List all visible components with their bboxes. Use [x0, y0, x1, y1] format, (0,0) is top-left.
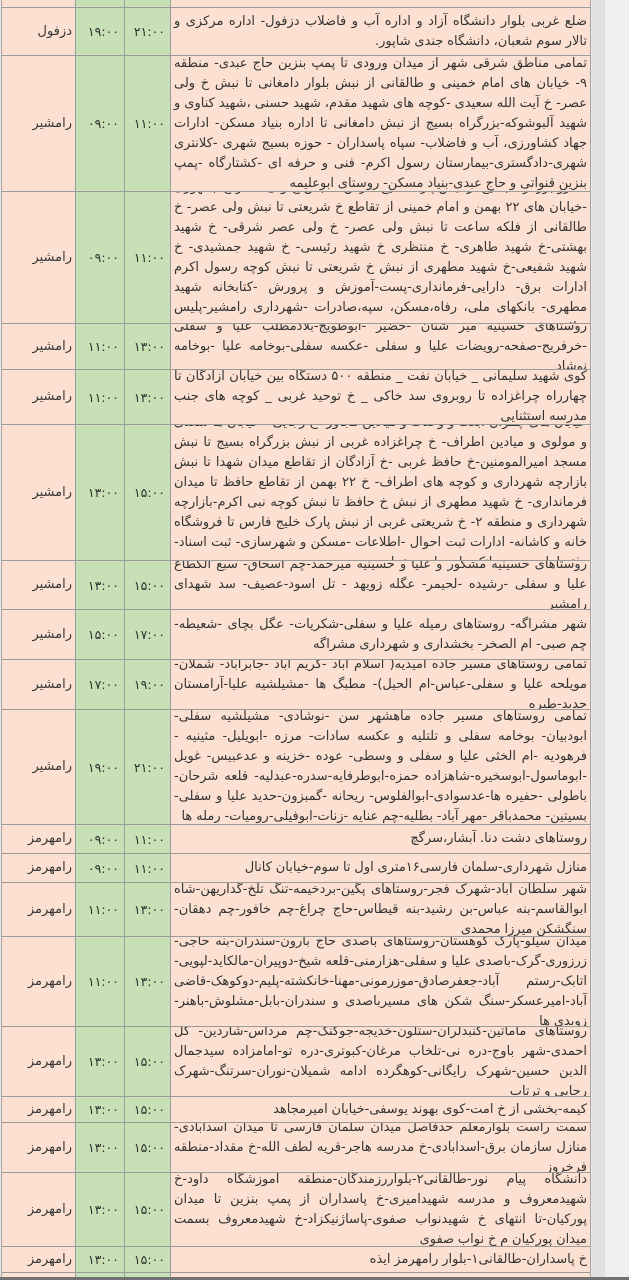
end-time-cell-text: ۱۵:۰۰: [125, 485, 170, 500]
city-cell[interactable]: رامشیر: [2, 56, 75, 191]
table-row: دزفول۱۹:۰۰۲۱:۰۰ضلع غربی بلوار دانشگاه آز…: [2, 8, 590, 56]
city-cell-text: رامشیر: [2, 577, 75, 593]
end-time-cell[interactable]: ۱۱:۰۰: [124, 854, 170, 882]
start-time-cell-text: ۱۳:۰۰: [76, 1252, 124, 1267]
areas-cell-text: سمت راست بلوارمعلم حدفاصل میدان سلمان فا…: [171, 1123, 590, 1172]
start-time-cell-text: ۱۱:۰۰: [76, 974, 124, 989]
table-row: رامهرمز۱۱:۰۰۱۳:۰۰شهر سلطان آباد-شهرک فجر…: [2, 883, 590, 937]
areas-cell[interactable]: تمامی روستاهای مسیر جاده ماهشهر سن -نوشا…: [170, 710, 590, 824]
city-cell-text: رامشیر: [2, 485, 75, 501]
end-time-cell-text: ۱۹:۰۰: [125, 677, 170, 692]
city-cell-text: رامشیر: [2, 627, 75, 643]
areas-cell-text: روستاهای ماماتین-گنبدلران-ستلون-خدیجه-جو…: [171, 1027, 590, 1096]
city-cell[interactable]: رامهرمز: [2, 1097, 75, 1122]
start-time-cell-text: ۰۹:۰۰: [76, 116, 124, 131]
end-time-cell[interactable]: ۲۱:۰۰: [124, 710, 170, 824]
end-time-cell-text: ۱۷:۰۰: [125, 627, 170, 642]
city-cell-text: رامهرمز: [2, 860, 75, 876]
end-time-cell-text: ۱۵:۰۰: [125, 1140, 170, 1155]
city-cell-text: رامشیر: [2, 759, 75, 775]
start-time-cell-text: ۰۹:۰۰: [76, 832, 124, 847]
end-time-cell[interactable]: ۱۳:۰۰: [124, 370, 170, 424]
start-time-cell-text: ۱۱:۰۰: [76, 390, 124, 405]
start-time-cell[interactable]: ۰۹:۰۰: [75, 56, 124, 191]
end-time-cell[interactable]: ۱۵:۰۰: [124, 1123, 170, 1172]
start-time-cell-text: ۱۵:۰۰: [76, 627, 124, 642]
areas-cell-text: شهر مشراگه- روستاهای رمیله علیا و سفلی-ش…: [171, 614, 590, 656]
end-time-cell[interactable]: ۱۹:۰۰: [124, 660, 170, 709]
start-time-cell-text: ۱۳:۰۰: [76, 578, 124, 593]
areas-cell-text: تمامی مناطق شرقی شهر از میدان ورودی تا پ…: [171, 56, 590, 191]
end-time-cell[interactable]: ۱۵:۰۰: [124, 1247, 170, 1272]
city-cell[interactable]: رامهرمز: [2, 1173, 75, 1246]
start-time-cell[interactable]: ۱۳:۰۰: [75, 561, 124, 609]
start-time-cell[interactable]: ۱۳:۰۰: [75, 1173, 124, 1246]
city-cell[interactable]: رامشیر: [2, 324, 75, 369]
areas-cell[interactable]: شهر سلطان آباد-شهرک فجر-روستاهای پگین-بر…: [170, 883, 590, 936]
city-cell-text: رامهرمز: [2, 1054, 75, 1070]
city-cell[interactable]: رامهرمز: [2, 854, 75, 882]
spreadsheet-screenshot: دزفول۱۹:۰۰۲۱:۰۰ضلع غربی بلوار دانشگاه آز…: [0, 0, 629, 1280]
areas-cell-text: خ پاسداران-طالقانی۱-بلوار رامهرمز ایذه: [171, 1249, 590, 1271]
city-cell[interactable]: دزفول: [2, 8, 75, 55]
start-time-cell[interactable]: ۱۳:۰۰: [75, 1247, 124, 1272]
cutoff-cell: [75, 0, 124, 7]
start-time-cell-text: ۱۳:۰۰: [76, 1202, 124, 1217]
end-time-cell-text: ۱۱:۰۰: [125, 116, 170, 131]
table-row: رامهرمز۱۱:۰۰۱۳:۰۰میدان سیلو-پارک کوهستان…: [2, 937, 590, 1027]
end-time-cell[interactable]: ۱۳:۰۰: [124, 883, 170, 936]
areas-cell-text: خیابان های چمران ،بعث و وحدت و میادین مج…: [171, 425, 590, 560]
table-row: رامهرمز۰۹:۰۰۱۱:۰۰روستاهای دشت دنا. آبشار…: [2, 825, 590, 854]
city-cell[interactable]: رامهرمز: [2, 937, 75, 1026]
cutoff-cell: [170, 0, 590, 7]
city-cell[interactable]: رامشیر: [2, 710, 75, 824]
city-cell-text: رامشیر: [2, 116, 75, 132]
areas-cell-text: تمامی روستاهای مسیر جاده ماهشهر سن -نوشا…: [171, 710, 590, 824]
areas-cell[interactable]: میدان سیلو-پارک کوهستان-روستاهای باصدی ح…: [170, 937, 590, 1026]
start-time-cell-text: ۱۷:۰۰: [76, 677, 124, 692]
areas-cell[interactable]: ضلع غربی بلوار دانشگاه آزاد و اداره آب و…: [170, 8, 590, 55]
city-cell[interactable]: رامشیر: [2, 192, 75, 323]
city-cell-text: رامهرمز: [2, 1202, 75, 1218]
areas-cell[interactable]: کوی شهید سلیمانی _ خیابان نفت _ منطقه ۵۰…: [170, 370, 590, 424]
end-time-cell-text: ۱۵:۰۰: [125, 1102, 170, 1117]
start-time-cell-text: ۱۹:۰۰: [76, 24, 124, 39]
table-row: رامهرمز۰۹:۰۰۱۱:۰۰منازل شهرداری-سلمان فار…: [2, 854, 590, 883]
end-time-cell-text: ۱۱:۰۰: [125, 832, 170, 847]
end-time-cell-text: ۱۳:۰۰: [125, 390, 170, 405]
end-time-cell-text: ۱۱:۰۰: [125, 250, 170, 265]
start-time-cell[interactable]: ۱۱:۰۰: [75, 324, 124, 369]
start-time-cell[interactable]: ۱۱:۰۰: [75, 937, 124, 1026]
areas-cell[interactable]: منازل شهرداری-سلمان فارسی۱۶متری اول تا س…: [170, 854, 590, 882]
areas-cell[interactable]: شهر مشراگه- روستاهای رمیله علیا و سفلی-ش…: [170, 610, 590, 659]
cutoff-cell: [124, 0, 170, 7]
city-cell-text: رامشیر: [2, 677, 75, 693]
end-time-cell-text: ۲۱:۰۰: [125, 760, 170, 775]
start-time-cell-text: ۰۹:۰۰: [76, 250, 124, 265]
city-cell[interactable]: رامشیر: [2, 425, 75, 560]
table-row: رامشیر۱۱:۰۰۱۳:۰۰کوی شهید سلیمانی _ خیابا…: [2, 370, 590, 425]
start-time-cell[interactable]: ۰۹:۰۰: [75, 825, 124, 853]
areas-cell-text: روستاهای دشت دنا. آبشار،سرگچ: [171, 828, 590, 850]
areas-cell-text: کندرو بزرگراه بسیج از نبش پارک خلیج فارس…: [171, 192, 590, 323]
start-time-cell[interactable]: ۱۳:۰۰: [75, 425, 124, 560]
start-time-cell-text: ۱۳:۰۰: [76, 1054, 124, 1069]
start-time-cell-text: ۰۹:۰۰: [76, 861, 124, 876]
city-cell[interactable]: رامشیر: [2, 610, 75, 659]
city-cell[interactable]: رامهرمز: [2, 825, 75, 853]
city-cell-text: رامهرمز: [2, 902, 75, 918]
right-gutter: [592, 0, 605, 1280]
city-cell-text: رامهرمز: [2, 1102, 75, 1118]
table-row: رامهرمز۱۳:۰۰۱۵:۰۰روستاهای ماماتین-گنبدلر…: [2, 1027, 590, 1097]
end-time-cell[interactable]: ۱۱:۰۰: [124, 192, 170, 323]
start-time-cell-text: ۱۳:۰۰: [76, 1140, 124, 1155]
areas-cell[interactable]: کیمه-بخشی از خ امت-کوی بهوند یوسفی-خیابا…: [170, 1097, 590, 1122]
outage-table: دزفول۱۹:۰۰۲۱:۰۰ضلع غربی بلوار دانشگاه آز…: [1, 0, 591, 1280]
city-cell-text: رامشیر: [2, 250, 75, 266]
table-row: رامهرمز۱۳:۰۰۱۵:۰۰خ پاسداران-طالقانی۱-بلو…: [2, 1247, 590, 1273]
table-row: رامشیر۱۱:۰۰۱۳:۰۰روستاهای حسینیه میر شنان…: [2, 324, 590, 370]
areas-cell[interactable]: کندرو بزرگراه بسیج از نبش پارک خلیج فارس…: [170, 192, 590, 323]
city-cell[interactable]: رامهرمز: [2, 1027, 75, 1096]
end-time-cell[interactable]: ۱۳:۰۰: [124, 937, 170, 1026]
end-time-cell[interactable]: ۱۱:۰۰: [124, 56, 170, 191]
city-cell[interactable]: رامهرمز: [2, 1123, 75, 1172]
right-gutter-light: [605, 0, 629, 1280]
areas-cell-text: کوی شهید سلیمانی _ خیابان نفت _ منطقه ۵۰…: [171, 370, 590, 424]
city-cell[interactable]: رامشیر: [2, 370, 75, 424]
areas-cell[interactable]: روستاهای دشت دنا. آبشار،سرگچ: [170, 825, 590, 853]
areas-cell-text: شهر سلطان آباد-شهرک فجر-روستاهای پگین-بر…: [171, 883, 590, 936]
start-time-cell[interactable]: ۱۷:۰۰: [75, 660, 124, 709]
areas-cell[interactable]: سمت راست بلوارمعلم حدفاصل میدان سلمان فا…: [170, 1123, 590, 1172]
end-time-cell-text: ۱۵:۰۰: [125, 1252, 170, 1267]
start-time-cell[interactable]: ۱۹:۰۰: [75, 8, 124, 55]
end-time-cell[interactable]: ۲۱:۰۰: [124, 8, 170, 55]
table-row: رامشیر۰۹:۰۰۱۱:۰۰کندرو بزرگراه بسیج از نب…: [2, 192, 590, 324]
areas-cell-text: ضلع غربی بلوار دانشگاه آزاد و اداره آب و…: [171, 11, 590, 53]
start-time-cell[interactable]: ۰۹:۰۰: [75, 192, 124, 323]
areas-cell[interactable]: روستاهای حسینیه مشکور و علیا و حسینیه می…: [170, 561, 590, 609]
table-row: رامشیر۰۹:۰۰۱۱:۰۰تمامی مناطق شرقی شهر از …: [2, 56, 590, 192]
table-row-cutoff: [2, 0, 590, 8]
areas-cell[interactable]: روستاهای حسینیه میر شنان -خضیر -ابوطویج-…: [170, 324, 590, 369]
table-row: رامشیر۱۳:۰۰۱۵:۰۰روستاهای حسینیه مشکور و …: [2, 561, 590, 610]
areas-cell[interactable]: تمامی مناطق شرقی شهر از میدان ورودی تا پ…: [170, 56, 590, 191]
table-row: رامهرمز۱۳:۰۰۱۵:۰۰دانشگاه پیام نور-طالقان…: [2, 1173, 590, 1247]
areas-cell-text: کیمه-بخشی از خ امت-کوی بهوند یوسفی-خیابا…: [171, 1099, 590, 1121]
areas-cell-text: دانشگاه پیام نور-طالقانی۲-بلواررزمندگان-…: [171, 1173, 590, 1246]
end-time-cell-text: ۱۳:۰۰: [125, 974, 170, 989]
areas-cell[interactable]: دانشگاه پیام نور-طالقانی۲-بلواررزمندگان-…: [170, 1173, 590, 1246]
start-time-cell-text: ۱۱:۰۰: [76, 339, 124, 354]
areas-cell[interactable]: خیابان های چمران ،بعث و وحدت و میادین مج…: [170, 425, 590, 560]
table-row: رامهرمز۱۳:۰۰۱۵:۰۰سمت راست بلوارمعلم حدفا…: [2, 1123, 590, 1173]
cutoff-cell: [2, 0, 75, 7]
start-time-cell-text: ۱۹:۰۰: [76, 760, 124, 775]
end-time-cell-text: ۱۳:۰۰: [125, 339, 170, 354]
start-time-cell[interactable]: ۱۱:۰۰: [75, 883, 124, 936]
start-time-cell[interactable]: ۱۵:۰۰: [75, 610, 124, 659]
start-time-cell[interactable]: ۱۳:۰۰: [75, 1123, 124, 1172]
table-row: رامهرمز۱۳:۰۰۱۵:۰۰کیمه-بخشی از خ امت-کوی …: [2, 1097, 590, 1123]
start-time-cell-text: ۱۱:۰۰: [76, 902, 124, 917]
city-cell[interactable]: رامشیر: [2, 561, 75, 609]
city-cell-text: رامهرمز: [2, 1140, 75, 1156]
city-cell-text: دزفول: [2, 24, 75, 40]
table-row: رامشیر۱۳:۰۰۱۵:۰۰خیابان های چمران ،بعث و …: [2, 425, 590, 561]
end-time-cell-text: ۱۳:۰۰: [125, 902, 170, 917]
start-time-cell-text: ۱۳:۰۰: [76, 485, 124, 500]
end-time-cell-text: ۱۵:۰۰: [125, 1202, 170, 1217]
end-time-cell-text: ۱۵:۰۰: [125, 1054, 170, 1069]
city-cell-text: رامهرمز: [2, 831, 75, 847]
city-cell-text: رامشیر: [2, 339, 75, 355]
areas-cell-text: روستاهای حسینیه مشکور و علیا و حسینیه می…: [171, 561, 590, 609]
start-time-cell-text: ۱۳:۰۰: [76, 1102, 124, 1117]
city-cell-text: رامهرمز: [2, 1252, 75, 1268]
end-time-cell[interactable]: ۱۵:۰۰: [124, 561, 170, 609]
end-time-cell[interactable]: ۱۵:۰۰: [124, 425, 170, 560]
city-cell[interactable]: رامهرمز: [2, 1247, 75, 1272]
start-time-cell[interactable]: ۱۳:۰۰: [75, 1027, 124, 1096]
areas-cell[interactable]: تمامی روستاهای مسیر جاده امیدیه( اسلام آ…: [170, 660, 590, 709]
end-time-cell[interactable]: ۱۵:۰۰: [124, 1027, 170, 1096]
start-time-cell[interactable]: ۱۳:۰۰: [75, 1097, 124, 1122]
end-time-cell[interactable]: ۱۷:۰۰: [124, 610, 170, 659]
table-row: رامشیر۱۵:۰۰۱۷:۰۰شهر مشراگه- روستاهای رمی…: [2, 610, 590, 660]
end-time-cell-text: ۱۵:۰۰: [125, 578, 170, 593]
city-cell-text: رامشیر: [2, 389, 75, 405]
city-cell[interactable]: رامهرمز: [2, 883, 75, 936]
areas-cell-text: منازل شهرداری-سلمان فارسی۱۶متری اول تا س…: [171, 857, 590, 879]
end-time-cell[interactable]: ۱۳:۰۰: [124, 324, 170, 369]
city-cell[interactable]: رامشیر: [2, 660, 75, 709]
areas-cell-text: تمامی روستاهای مسیر جاده امیدیه( اسلام آ…: [171, 660, 590, 709]
areas-cell-text: روستاهای حسینیه میر شنان -خضیر -ابوطویج-…: [171, 324, 590, 369]
end-time-cell[interactable]: ۱۵:۰۰: [124, 1097, 170, 1122]
start-time-cell[interactable]: ۱۹:۰۰: [75, 710, 124, 824]
table-row: رامشیر۱۹:۰۰۲۱:۰۰تمامی روستاهای مسیر جاده…: [2, 710, 590, 825]
city-cell-text: رامهرمز: [2, 974, 75, 990]
areas-cell-text: میدان سیلو-پارک کوهستان-روستاهای باصدی ح…: [171, 937, 590, 1026]
start-time-cell[interactable]: ۱۱:۰۰: [75, 370, 124, 424]
end-time-cell-text: ۲۱:۰۰: [125, 24, 170, 39]
end-time-cell-text: ۱۱:۰۰: [125, 861, 170, 876]
areas-cell[interactable]: روستاهای ماماتین-گنبدلران-ستلون-خدیجه-جو…: [170, 1027, 590, 1096]
end-time-cell[interactable]: ۱۵:۰۰: [124, 1173, 170, 1246]
start-time-cell[interactable]: ۰۹:۰۰: [75, 854, 124, 882]
table-row: رامشیر۱۷:۰۰۱۹:۰۰تمامی روستاهای مسیر جاده…: [2, 660, 590, 710]
end-time-cell[interactable]: ۱۱:۰۰: [124, 825, 170, 853]
areas-cell[interactable]: خ پاسداران-طالقانی۱-بلوار رامهرمز ایذه: [170, 1247, 590, 1272]
